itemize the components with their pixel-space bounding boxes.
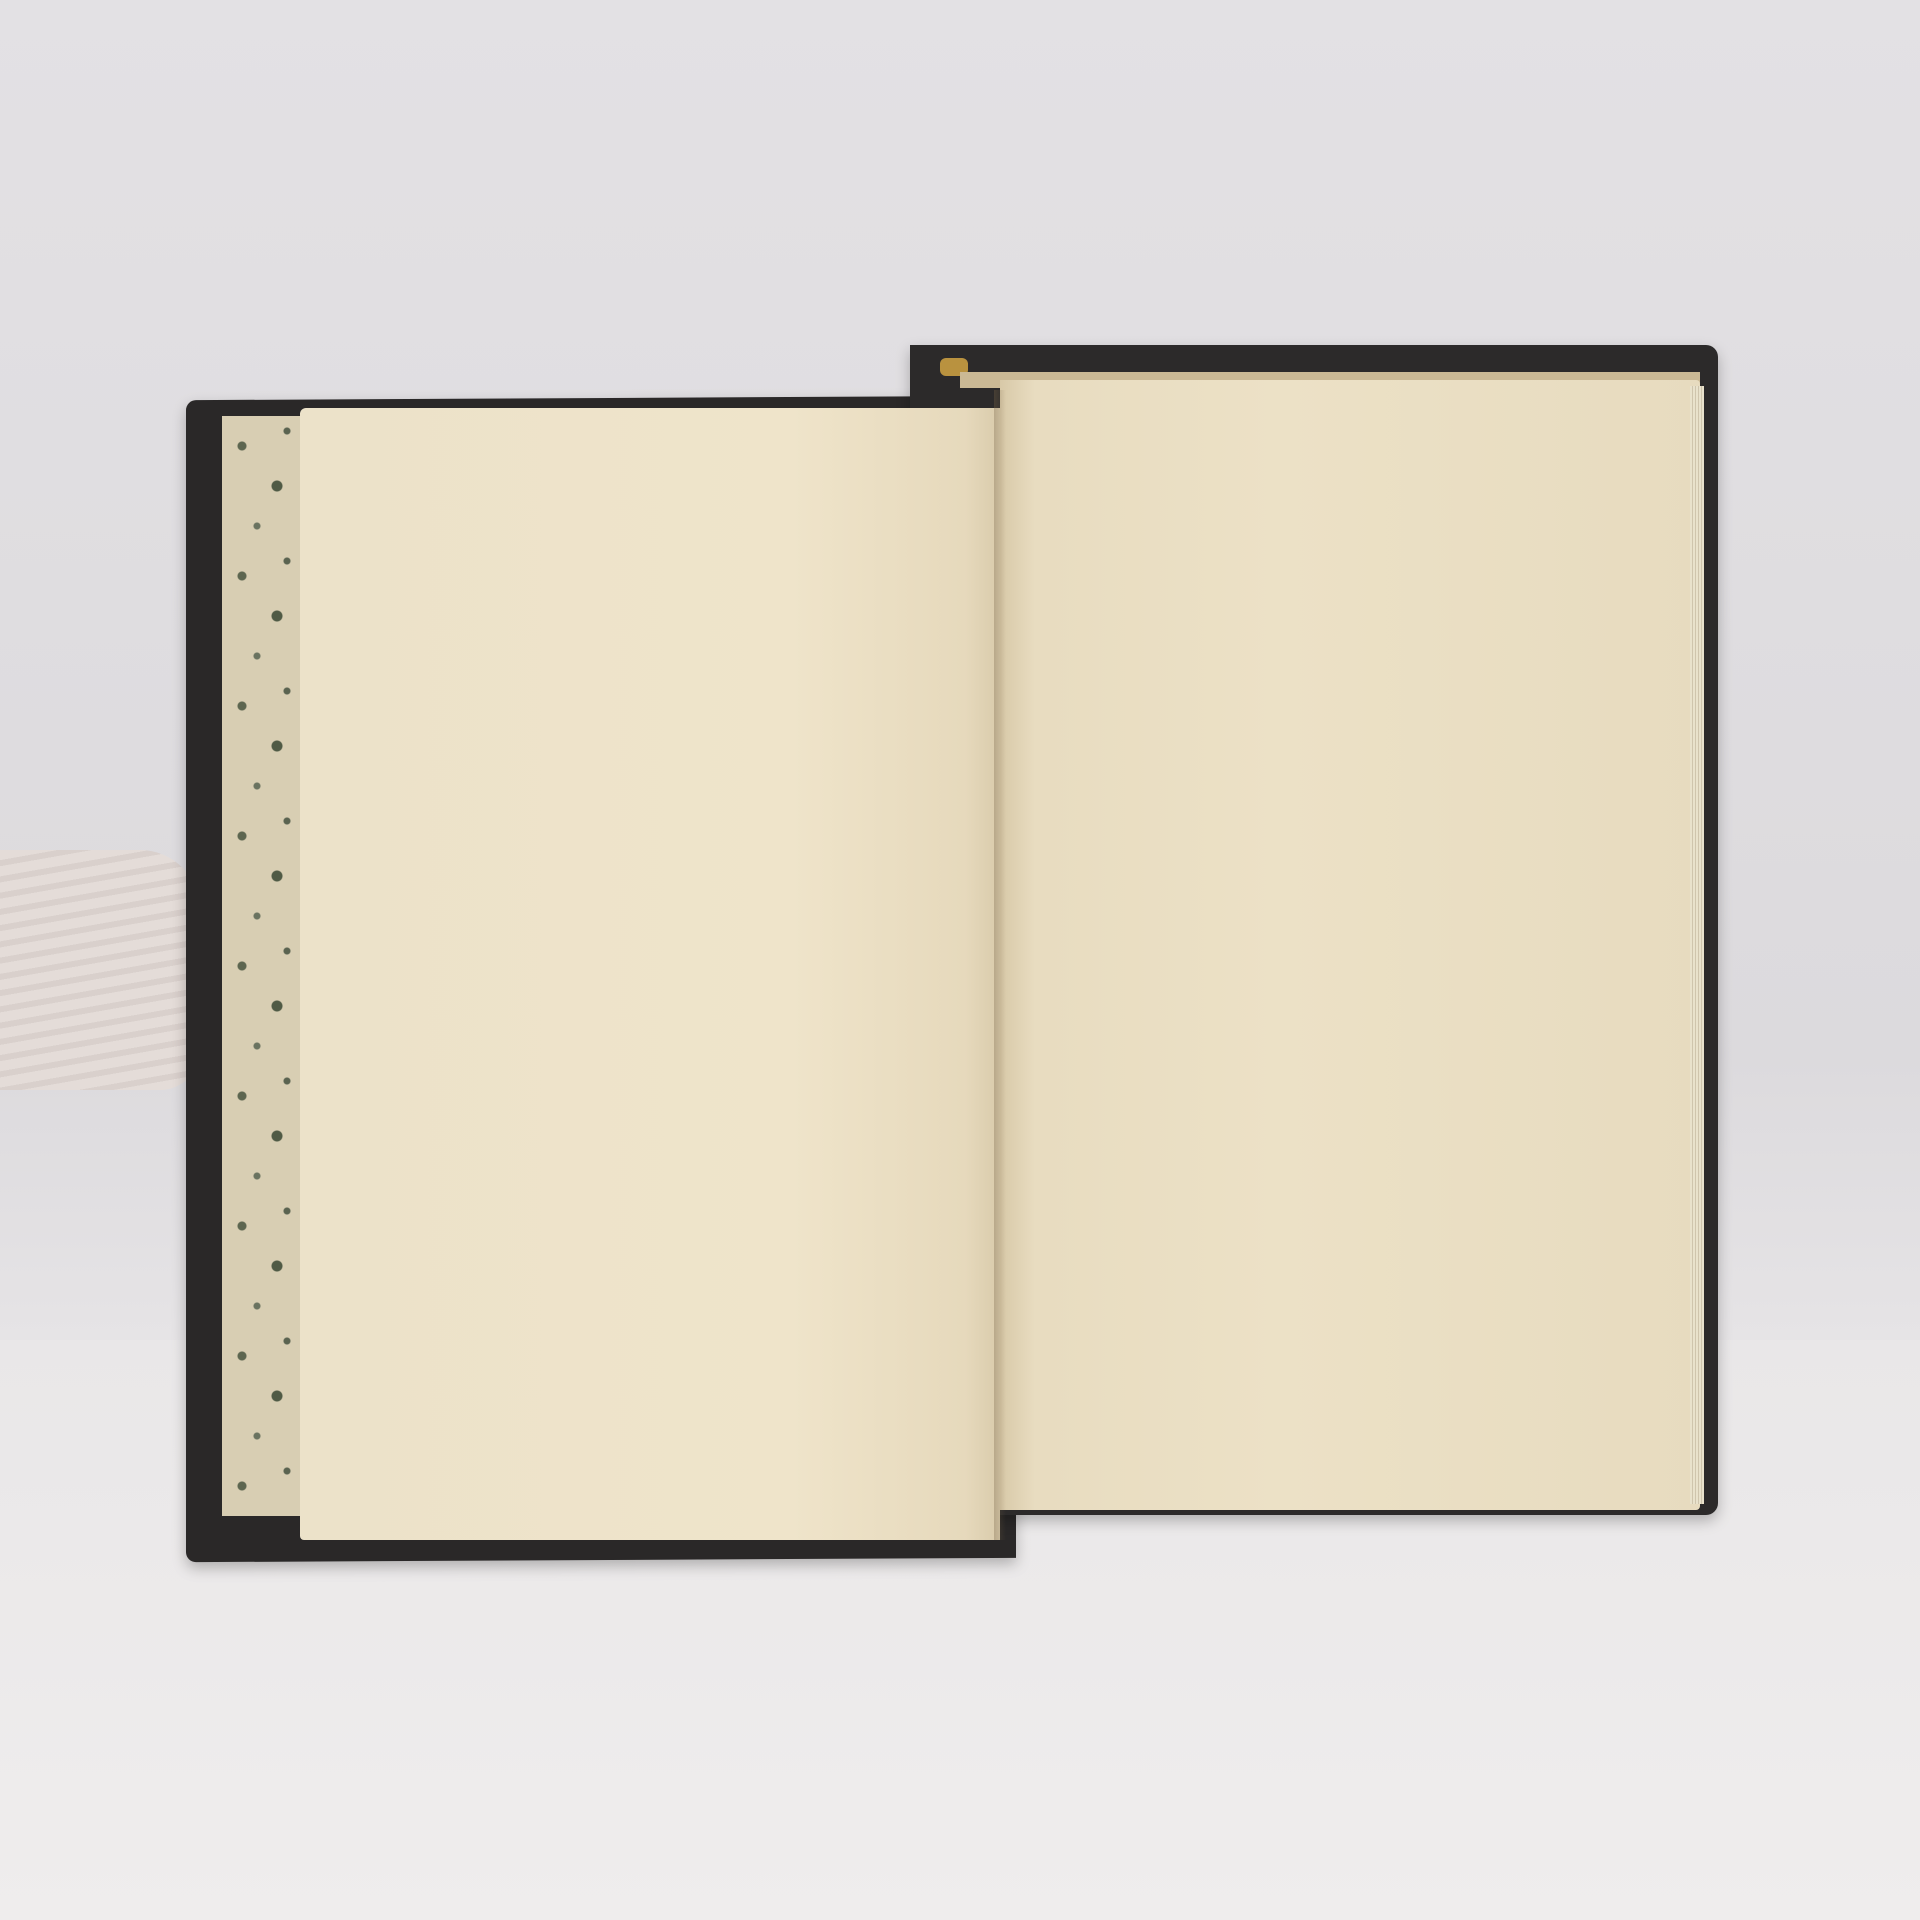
book-gutter [994, 390, 1006, 1540]
open-book [0, 0, 1920, 1920]
page-fore-edge [1690, 386, 1704, 1504]
left-page [300, 408, 1000, 1540]
right-page [1000, 380, 1700, 1510]
floral-endpaper [222, 416, 308, 1516]
